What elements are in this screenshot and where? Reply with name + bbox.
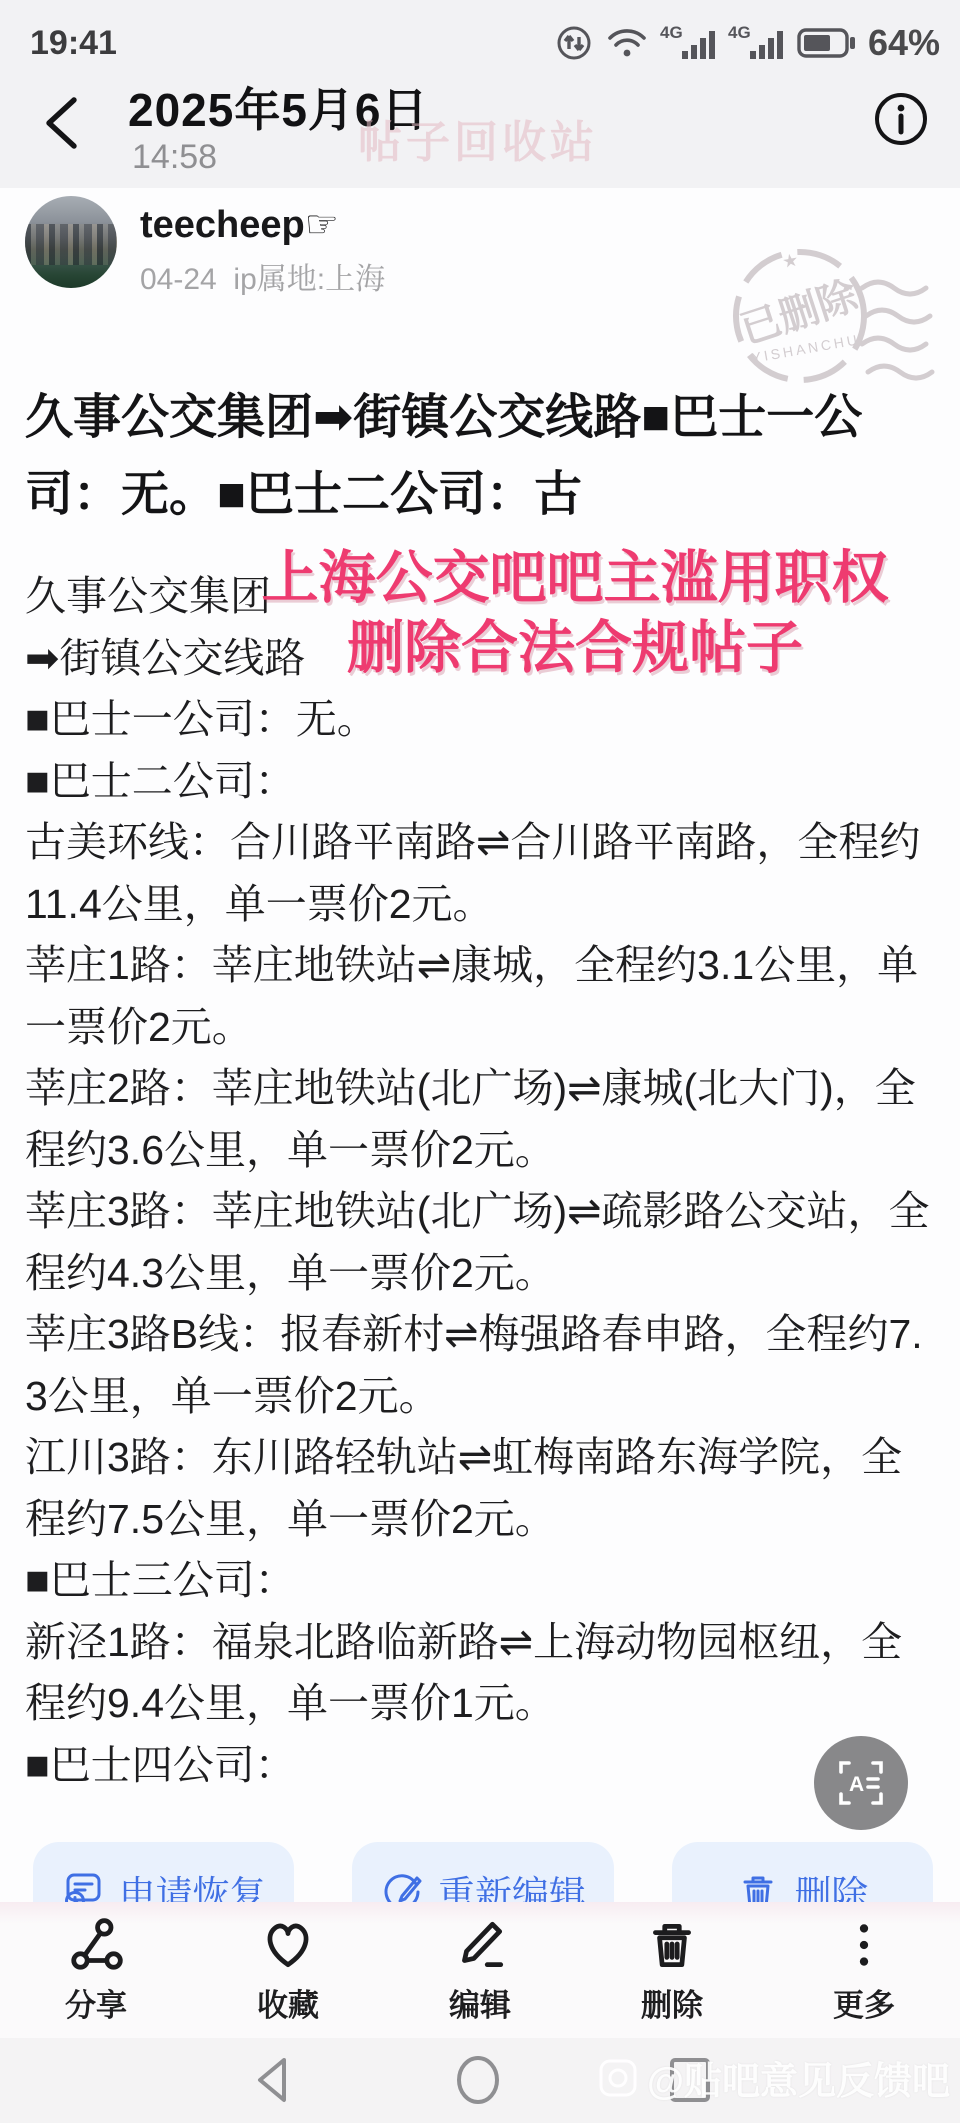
username[interactable]: teecheep☞	[140, 202, 339, 247]
more-dots-icon	[835, 1916, 893, 1974]
toolbar-share[interactable]: 分享	[0, 1902, 192, 2038]
body-paragraph: 古美环线：合川路平南路⇌合川路平南路，全程约11.4公里，单一票价2元。	[25, 812, 937, 935]
signal-4g-icon-2: 4G	[728, 23, 786, 63]
toolbar-label: 分享	[65, 1980, 127, 2025]
avatar[interactable]	[25, 196, 117, 288]
heart-icon	[259, 1916, 317, 1974]
body-paragraph: ■巴士四公司：	[25, 1735, 937, 1797]
post-meta: 04-24 ip属地:上海	[140, 254, 385, 298]
ocr-scan-icon: A	[832, 1754, 890, 1812]
battery-percent: 64%	[868, 22, 940, 64]
overlay-line-1: 上海公交吧吧主滥用职权	[190, 544, 960, 614]
back-button[interactable]	[34, 92, 94, 154]
toolbar-favorite[interactable]: 收藏	[192, 1902, 384, 2038]
share-icon	[67, 1916, 125, 1974]
data-saver-icon	[554, 23, 594, 63]
toolbar-label: 编辑	[449, 1980, 511, 2025]
status-time: 19:41	[30, 24, 117, 63]
feedback-watermark: @贴吧意见反馈吧	[597, 2050, 950, 2105]
toolbar-more[interactable]: 更多	[768, 1902, 960, 2038]
bottom-toolbar: 分享 收藏 编辑 删除 更多	[0, 1902, 960, 2038]
feedback-watermark-text: @贴吧意见反馈吧	[647, 2050, 950, 2105]
body-paragraph: 莘庄1路：莘庄地铁站⇌康城，全程约3.1公里，单一票价2元。	[25, 935, 937, 1058]
svg-text:A: A	[849, 1773, 864, 1796]
post-title: 久事公交集团➡街镇公交线路■巴士一公司：无。■巴士二公司：古	[25, 380, 935, 534]
info-button[interactable]	[870, 88, 932, 150]
status-icons: 4G 4G 64%	[554, 22, 940, 64]
header-time: 14:58	[132, 138, 217, 177]
nav-back-icon[interactable]	[248, 2054, 300, 2106]
svg-text:4G: 4G	[660, 23, 683, 42]
svg-text:4G: 4G	[728, 23, 751, 42]
body-paragraph: 江川3路：东川路轻轨站⇌虹梅南路东海学院，全程约7.5公里，单一票价2元。	[25, 1427, 937, 1550]
body-paragraph: ■巴士二公司：	[25, 751, 937, 813]
tieba-watermark-icon	[597, 2057, 639, 2099]
wifi-icon	[604, 25, 650, 61]
body-paragraph: 莘庄3路：莘庄地铁站(北广场)⇌疏影路公交站，全程约4.3公里，单一票价2元。	[25, 1181, 937, 1304]
body-paragraph: 莘庄3路B线：报春新村⇌梅强路春申路，全程约7.3公里，单一票价2元。	[25, 1304, 937, 1427]
body-paragraph: ■巴士三公司：	[25, 1550, 937, 1612]
back-arrow-icon	[34, 92, 94, 154]
signal-4g-icon: 4G	[660, 23, 718, 63]
trash-icon	[643, 1916, 701, 1974]
toolbar-label: 删除	[641, 1980, 703, 2025]
overlay-protest-text: 上海公交吧吧主滥用职权 删除合法合规帖子	[190, 544, 960, 683]
body-paragraph: 新泾1路：福泉北路临新路⇌上海动物园枢纽，全程约9.4公里，单一票价1元。	[25, 1612, 937, 1735]
toolbar-edit[interactable]: 编辑	[384, 1902, 576, 2038]
extract-text-button[interactable]: A	[814, 1736, 908, 1830]
battery-icon	[796, 23, 858, 63]
toolbar-label: 更多	[833, 1980, 895, 2025]
body-paragraph: 莘庄2路：莘庄地铁站(北广场)⇌康城(北大门)，全程约3.6公里，单一票价2元。	[25, 1058, 937, 1181]
post-body: 久事公交集团 ➡街镇公交线路 ■巴士一公司：无。 ■巴士二公司： 古美环线：合川…	[25, 566, 937, 1796]
svg-text:★: ★	[781, 250, 800, 272]
recycle-bin-ghost-watermark: 帖子回收站	[358, 106, 598, 170]
toolbar-label: 收藏	[257, 1980, 319, 2025]
info-icon	[870, 88, 932, 150]
overlay-line-2: 删除合法合规帖子	[190, 614, 960, 684]
nav-home-icon[interactable]	[452, 2054, 504, 2106]
pencil-icon	[451, 1916, 509, 1974]
toolbar-delete[interactable]: 删除	[576, 1902, 768, 2038]
screen: 19:41 4G 4G	[0, 0, 960, 2123]
body-paragraph: ■巴士一公司：无。	[25, 689, 937, 751]
